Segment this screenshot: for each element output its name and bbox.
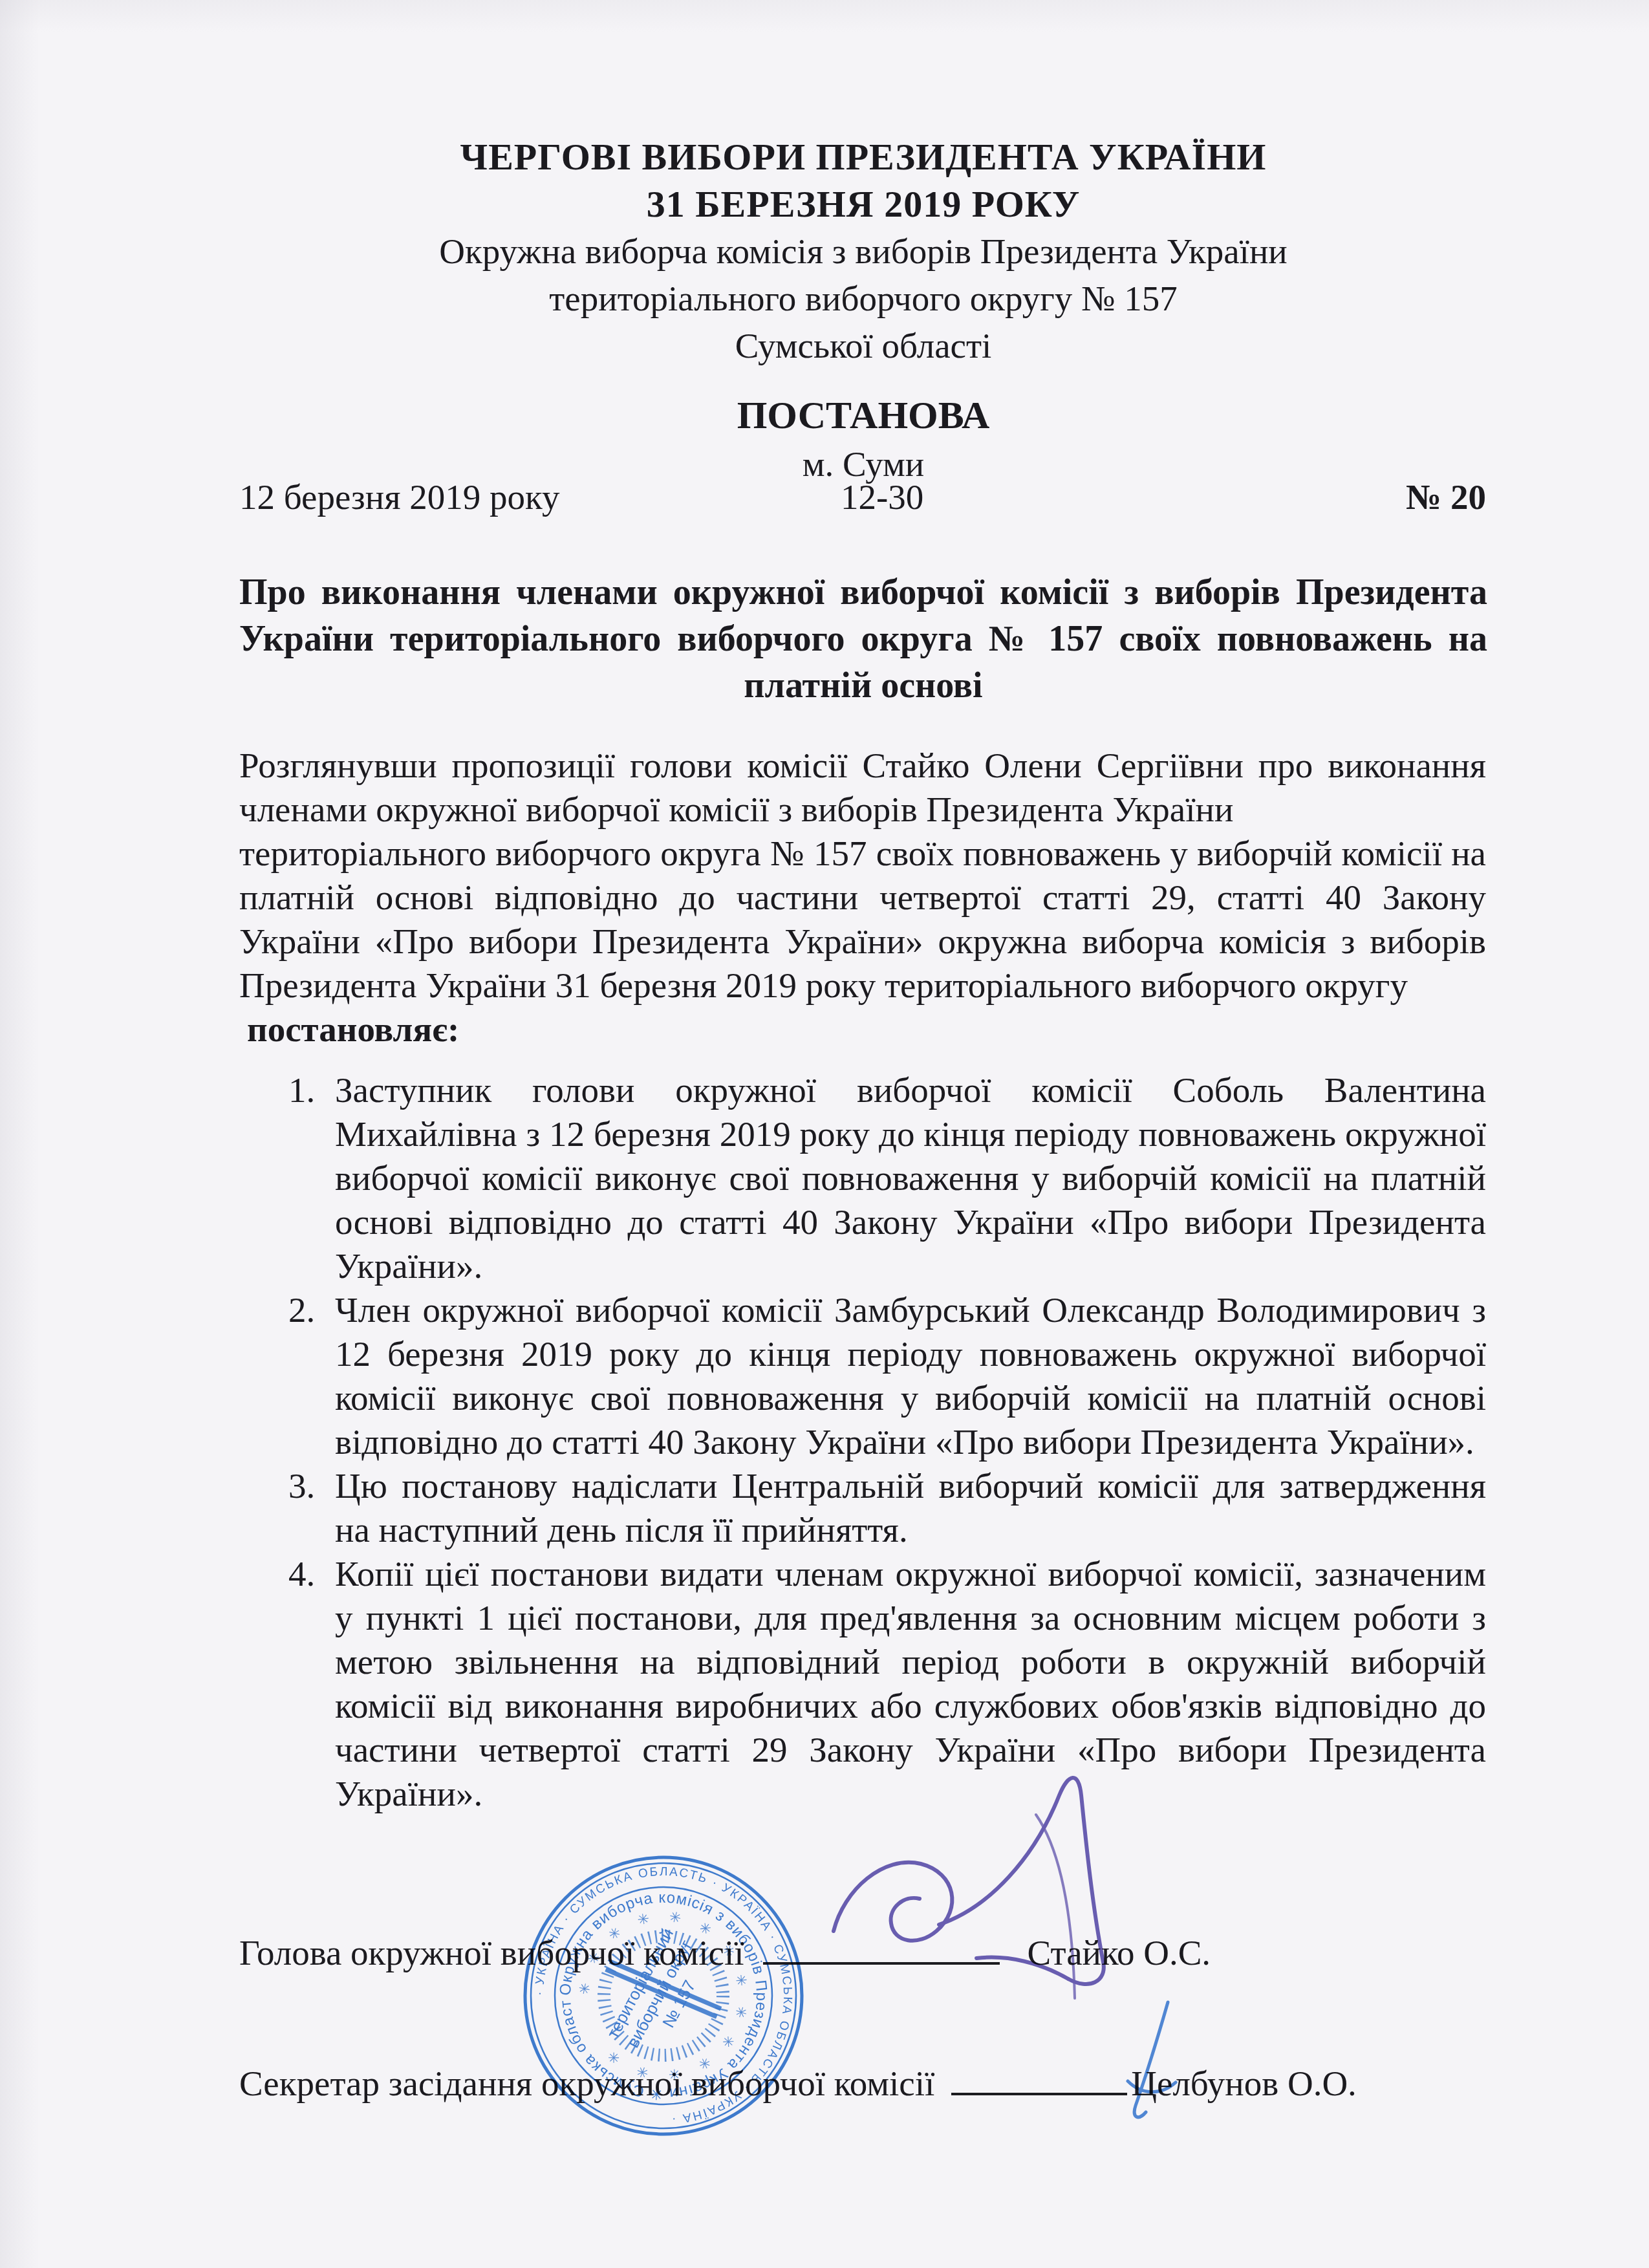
- item-number: 4.: [288, 1552, 315, 1596]
- item-number: 2.: [288, 1288, 315, 1332]
- resolution-item-2: 2. Член окружної виборчої комісії Замбур…: [239, 1288, 1486, 1464]
- secretary-signature-row: Секретар засідання окружної виборчої ком…: [239, 2063, 1491, 2104]
- document-date: 12 березня 2019 року: [239, 477, 559, 517]
- document-meta-row: 12 березня 2019 року 12-30 № 20: [239, 477, 1487, 522]
- resolves-label: постановляє:: [239, 1008, 1486, 1052]
- document-header: ЧЕРГОВІ ВИБОРИ ПРЕЗИДЕНТА УКРАЇНИ 31 БЕР…: [239, 133, 1487, 369]
- head-signature-row: Голова окружної виборчої комісії Стайко …: [239, 1932, 1491, 1973]
- item-text: Копії цієї постанови видати членам окруж…: [335, 1554, 1486, 1813]
- item-text: Член окружної виборчої комісії Замбурськ…: [335, 1290, 1486, 1462]
- election-title-line: ЧЕРГОВІ ВИБОРИ ПРЕЗИДЕНТА УКРАЇНИ: [239, 133, 1487, 180]
- region-line: Сумської області: [239, 322, 1487, 369]
- document-subject: Про виконання членами окружної виборчої …: [239, 569, 1487, 709]
- item-text: Заступник голови окружної виборчої коміс…: [335, 1070, 1486, 1286]
- election-date-line: 31 БЕРЕЗНЯ 2019 РОКУ: [239, 180, 1487, 228]
- head-signature-name: Стайко О.С.: [1027, 1932, 1211, 1973]
- document-number: № 20: [1406, 477, 1486, 517]
- item-number: 1.: [288, 1068, 315, 1112]
- secretary-signature-name: Целбунов О.О.: [1131, 2063, 1357, 2104]
- resolution-items: 1. Заступник голови окружної виборчої ко…: [239, 1068, 1486, 1816]
- resolution-item-1: 1. Заступник голови окружної виборчої ко…: [239, 1068, 1486, 1288]
- document-body: Розглянувши пропозиції голови комісії Ст…: [239, 744, 1486, 1816]
- district-number-line: територіального виборчого округу № 157: [239, 275, 1487, 322]
- resolution-item-4: 4. Копії цієї постанови видати членам ок…: [239, 1552, 1486, 1816]
- preamble-paragraph-2: територіального виборчого округа № 157 с…: [239, 832, 1486, 1008]
- document-type-title: ПОСТАНОВА: [239, 393, 1487, 438]
- item-number: 3.: [288, 1464, 315, 1508]
- preamble-paragraph-1: Розглянувши пропозиції голови комісії Ст…: [239, 744, 1486, 832]
- document-time: 12-30: [841, 477, 923, 517]
- item-text: Цю постанову надіслати Центральній вибор…: [335, 1466, 1486, 1550]
- resolution-item-3: 3. Цю постанову надіслати Центральній ви…: [239, 1464, 1486, 1552]
- commission-name-line: Окружна виборча комісія з виборів Презид…: [239, 228, 1487, 275]
- document-page: ЧЕРГОВІ ВИБОРИ ПРЕЗИДЕНТА УКРАЇНИ 31 БЕР…: [0, 0, 1649, 2268]
- secretary-signature-line: [951, 2093, 1127, 2095]
- commission-round-stamp: · УКРАЇНА · СУМСЬКА ОБЛАСТЬ · УКРАЇНА · …: [515, 1847, 812, 2144]
